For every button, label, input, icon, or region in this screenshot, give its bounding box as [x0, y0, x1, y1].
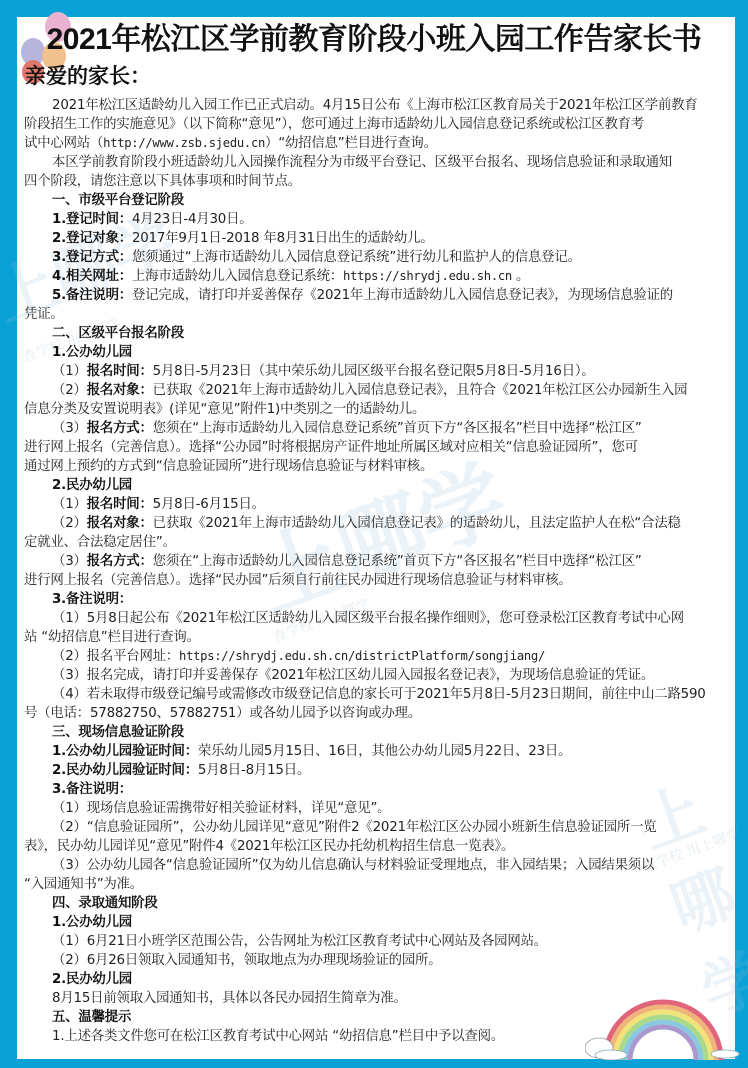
text-line: 信息分类及安置说明表》(详见“意见”附件1)中类别之一的适龄幼儿。	[24, 400, 425, 419]
bold-label: 1.公办幼儿园验证时间：	[52, 744, 198, 759]
text-span: （3）公办幼儿园各“信息验证园所”仅为幼儿信息确认与材料验证受理地点，非入园结果…	[52, 858, 654, 873]
bold-label: 报名方式：	[87, 554, 153, 569]
text-span: 您须在“上海市适龄幼儿入园信息登记系统”首页下方“各区报名”栏目中选择“松江区”	[153, 554, 642, 569]
text-line: 四、录取通知阶段	[52, 894, 158, 913]
text-span: 已获取《2021年上海市适龄幼儿入园信息登记表》的适龄幼儿，且法定监护人在松“合…	[153, 516, 681, 531]
text-line: 二、区级平台报名阶段	[52, 324, 184, 343]
text-span: 登记完成，请打印并妥善保存《2021年上海市适龄幼儿入园信息登记表》，为现场信息…	[132, 288, 673, 303]
text-line: （4）若未取得市级登记编号或需修改市级登记信息的家长可于2021年5月8日-5月…	[52, 685, 706, 704]
text-line: 3.备注说明：	[52, 780, 132, 799]
text-line: 站 “幼招信息”栏目进行查询。	[24, 628, 200, 647]
text-line: （3）公办幼儿园各“信息验证园所”仅为幼儿信息确认与材料验证受理地点，非入园结果…	[52, 856, 654, 875]
text-line: 进行网上报名（完善信息）。选择“公办园”时将根据房产证件地址所属区域对应相关“信…	[24, 438, 638, 457]
text-span: 阶段招生工作的实施意见》（以下简称“意见”），您可通过上海市适龄幼儿入园信息登记…	[24, 117, 644, 132]
text-span: 四个阶段，请您注意以下具体事项和时间节点。	[24, 174, 301, 189]
text-span: （1）5月8日起公布《2021年松江区适龄幼儿入园区级平台报名操作细则》，您可登…	[52, 611, 684, 626]
bold-label: 五、温馨提示	[52, 1010, 131, 1025]
url-text: http://www.zsb.sjedu.cn	[103, 136, 265, 150]
text-line: （2）报名对象：已获取《2021年上海市适龄幼儿入园信息登记表》，且符合《202…	[52, 381, 687, 400]
text-line: 1.登记时间：4月23日-4月30日。	[52, 210, 252, 229]
text-span: 您须在“上海市适龄幼儿入园信息登记系统”首页下方“各区报名”栏目中选择“松江区”	[153, 421, 642, 436]
text-line: 2.民办幼儿园	[52, 476, 132, 495]
text-span: 8月15日前领取入园通知书，具体以各民办园招生简章为准。	[52, 991, 407, 1006]
text-line: 本区学前教育阶段小班适龄幼儿入园操作流程分为市级平台登记、区级平台报名、现场信息…	[52, 153, 672, 172]
bold-label: 2.民办幼儿园	[52, 478, 132, 493]
text-span: 通过网上预约的方式到“信息验证园所”进行现场信息验证与材料审核。	[24, 459, 433, 474]
text-span: “入园通知书”为准。	[24, 877, 143, 892]
bold-label: 三、现场信息验证阶段	[52, 725, 184, 740]
bold-label: 4.相关网址：	[52, 269, 132, 284]
text-line: （3）报名完成，请打印并妥善保存《2021年松江区幼儿园入园报名登记表》，为现场…	[52, 666, 654, 685]
bold-label: 二、区级平台报名阶段	[52, 326, 184, 341]
text-line: 进行网上报名（完善信息）。选择“民办园”后须自行前往民办园进行现场信息验证与材料…	[24, 571, 572, 590]
tip-item: 1.上述各类文件您可在松江区教育考试中心网站 “幼招信息”栏目中予以查阅。	[52, 1027, 504, 1046]
bold-label: 1.公办幼儿园	[52, 345, 132, 360]
text-span: 。	[512, 269, 529, 284]
text-span: （2）	[52, 516, 87, 531]
text-span: 进行网上报名（完善信息）。选择“公办园”时将根据房产证件地址所属区域对应相关“信…	[24, 440, 638, 455]
text-line: 2021年松江区适龄幼儿入园工作已正式启动。4月15日公布《上海市松江区教育局关…	[52, 96, 698, 115]
text-span: 荣乐幼儿园5月15日、16日，其他公办幼儿园5月22日、23日。	[198, 744, 571, 759]
text-span: 本区学前教育阶段小班适龄幼儿入园操作流程分为市级平台登记、区级平台报名、现场信息…	[52, 155, 672, 170]
text-span: 2017年9月1日-2018 年8月31日出生的适龄幼儿。	[132, 231, 434, 246]
url-text: https://shrydj.edu.sh.cn	[343, 269, 512, 283]
text-span: 定就业、合法稳定居住”。	[24, 535, 176, 550]
text-line: （1）报名时间：5月8日-5月23日（其中荣乐幼儿园区级平台报名登记限5月8日-…	[52, 362, 595, 381]
text-line: 1.公办幼儿园	[52, 913, 132, 932]
text-line: 2.民办幼儿园验证时间：5月8日-8月15日。	[52, 761, 310, 780]
bold-label: 报名时间：	[87, 364, 153, 379]
text-line: 2.民办幼儿园	[52, 970, 132, 989]
bold-label: 5.备注说明：	[52, 288, 132, 303]
text-span: 凭证。	[24, 307, 64, 322]
bold-label: 1.公办幼儿园	[52, 915, 132, 930]
text-line: （3）报名方式：您须在“上海市适龄幼儿入园信息登记系统”首页下方“各区报名”栏目…	[52, 419, 642, 438]
text-span: （1）6月21日小班学区范围公告，公告网址为松江区教育考试中心网站及各园网站。	[52, 934, 547, 949]
text-span: （3）报名完成，请打印并妥善保存《2021年松江区幼儿园入园报名登记表》，为现场…	[52, 668, 654, 683]
text-span: 表》，民办幼儿园详见“意见”附件4《2021年松江区民办托幼机构招生信息一览表》…	[24, 839, 514, 854]
text-span: （3）	[52, 554, 87, 569]
text-line: 通过网上预约的方式到“信息验证园所”进行现场信息验证与材料审核。	[24, 457, 433, 476]
text-span: （2）报名平台网址：	[52, 649, 179, 664]
bold-label: 四、录取通知阶段	[52, 896, 158, 911]
text-span: （2）6月26日领取入园通知书，领取地点为办理现场验证的园所。	[52, 953, 441, 968]
text-line: （1）报名时间：5月8日-6月15日。	[52, 495, 265, 514]
text-span: 5月8日-5月23日（其中荣乐幼儿园区级平台报名登记限5月8日-5月16日）。	[153, 364, 595, 379]
url-text: https://shrydj.edu.sh.cn/districtPlatfor…	[179, 649, 545, 663]
bold-label: 报名时间：	[87, 497, 153, 512]
greeting: 亲爱的家长：	[25, 60, 151, 90]
text-line: （2）报名对象：已获取《2021年上海市适龄幼儿入园信息登记表》的适龄幼儿，且法…	[52, 514, 681, 533]
text-line: 1.公办幼儿园	[52, 343, 132, 362]
bold-label: 3.登记方式：	[52, 250, 132, 265]
text-line: 五、温馨提示	[52, 1008, 131, 1027]
text-line: 4.相关网址：上海市适龄幼儿入园信息登记系统：https://shrydj.ed…	[52, 267, 529, 286]
text-span: 5月8日-8月15日。	[198, 763, 310, 778]
text-span: 已获取《2021年上海市适龄幼儿入园信息登记表》，且符合《2021年松江区公办园…	[153, 383, 688, 398]
text-line: 阶段招生工作的实施意见》（以下简称“意见”），您可通过上海市适龄幼儿入园信息登记…	[24, 115, 644, 134]
text-span: 2021年松江区适龄幼儿入园工作已正式启动。4月15日公布《上海市松江区教育局关…	[52, 98, 698, 113]
text-line: “入园通知书”为准。	[24, 875, 143, 894]
bold-label: 报名对象：	[87, 516, 153, 531]
text-span: （1）	[52, 364, 87, 379]
text-span: 进行网上报名（完善信息）。选择“民办园”后须自行前往民办园进行现场信息验证与材料…	[24, 573, 572, 588]
text-line: 试中心网站（http://www.zsb.sjedu.cn）“幼招信息”栏目进行…	[24, 134, 437, 153]
text-span: 4月23日-4月30日。	[132, 212, 253, 227]
text-line: 1.公办幼儿园验证时间：荣乐幼儿园5月15日、16日，其他公办幼儿园5月22日、…	[52, 742, 571, 761]
text-line: 定就业、合法稳定居住”。	[24, 533, 176, 552]
text-line: （2）“信息验证园所”，公办幼儿园详见“意见”附件2《2021年松江区公办园小班…	[52, 818, 657, 837]
bold-label: 报名对象：	[87, 383, 153, 398]
text-span: （2）“信息验证园所”，公办幼儿园详见“意见”附件2《2021年松江区公办园小班…	[52, 820, 657, 835]
page-title: 2021年松江区学前教育阶段小班入园工作告家长书	[0, 14, 748, 58]
text-span: （3）	[52, 421, 87, 436]
text-span: 上海市适龄幼儿入园信息登记系统：	[132, 269, 343, 284]
text-span: （1）现场信息验证需携带好相关验证材料，详见“意见”。	[52, 801, 390, 816]
text-line: 3.备注说明：	[52, 590, 132, 609]
text-line: （1）5月8日起公布《2021年松江区适龄幼儿入园区级平台报名操作细则》，您可登…	[52, 609, 684, 628]
bold-label: 报名方式：	[87, 421, 153, 436]
text-line: （2）报名平台网址：https://shrydj.edu.sh.cn/distr…	[52, 647, 545, 666]
text-span: 5月8日-6月15日。	[153, 497, 265, 512]
text-line: （2）6月26日领取入园通知书，领取地点为办理现场验证的园所。	[52, 951, 441, 970]
bold-label: 一、市级平台登记阶段	[52, 193, 184, 208]
text-line: 表》，民办幼儿园详见“意见”附件4《2021年松江区民办托幼机构招生信息一览表》…	[24, 837, 514, 856]
text-line: 四个阶段，请您注意以下具体事项和时间节点。	[24, 172, 301, 191]
text-span: 您须通过“上海市适龄幼儿入园信息登记系统”进行幼儿和监护人的信息登记。	[132, 250, 581, 265]
text-span: ）“幼招信息”栏目进行查询。	[265, 136, 437, 151]
bold-label: 3.备注说明：	[52, 782, 132, 797]
text-line: 3.登记方式：您须通过“上海市适龄幼儿入园信息登记系统”进行幼儿和监护人的信息登…	[52, 248, 581, 267]
text-line: 凭证。	[24, 305, 64, 324]
text-span: 试中心网站（	[24, 136, 103, 151]
rainbow-decoration	[585, 990, 740, 1060]
text-line: 号（电话：57882750、57882751）或各幼儿园予以咨询或办理。	[24, 704, 421, 723]
bold-label: 2.登记对象：	[52, 231, 132, 246]
bold-label: 2.民办幼儿园	[52, 972, 132, 987]
text-span: 站 “幼招信息”栏目进行查询。	[24, 630, 200, 645]
bold-label: 1.登记时间：	[52, 212, 132, 227]
bold-label: 2.民办幼儿园验证时间：	[52, 763, 198, 778]
text-line: （1）6月21日小班学区范围公告，公告网址为松江区教育考试中心网站及各园网站。	[52, 932, 547, 951]
text-line: （3）报名方式：您须在“上海市适龄幼儿入园信息登记系统”首页下方“各区报名”栏目…	[52, 552, 642, 571]
tip-1-text: 1.上述各类文件您可在松江区教育考试中心网站 “幼招信息”栏目中予以查阅。	[52, 1029, 504, 1044]
text-span: （4）若未取得市级登记编号或需修改市级登记信息的家长可于2021年5月8日-5月…	[52, 687, 706, 702]
text-line: （1）现场信息验证需携带好相关验证材料，详见“意见”。	[52, 799, 390, 818]
text-line: 一、市级平台登记阶段	[52, 191, 184, 210]
text-span: 号（电话：57882750、57882751）或各幼儿园予以咨询或办理。	[24, 706, 421, 721]
text-span: （1）	[52, 497, 87, 512]
text-line: 5.备注说明：登记完成，请打印并妥善保存《2021年上海市适龄幼儿入园信息登记表…	[52, 286, 673, 305]
bold-label: 3.备注说明：	[52, 592, 132, 607]
text-line: 8月15日前领取入园通知书，具体以各民办园招生简章为准。	[52, 989, 407, 1008]
text-line: 三、现场信息验证阶段	[52, 723, 184, 742]
text-line: 2.登记对象：2017年9月1日-2018 年8月31日出生的适龄幼儿。	[52, 229, 433, 248]
text-span: （2）	[52, 383, 87, 398]
text-span: 信息分类及安置说明表》(详见“意见”附件1)中类别之一的适龄幼儿。	[24, 402, 425, 417]
